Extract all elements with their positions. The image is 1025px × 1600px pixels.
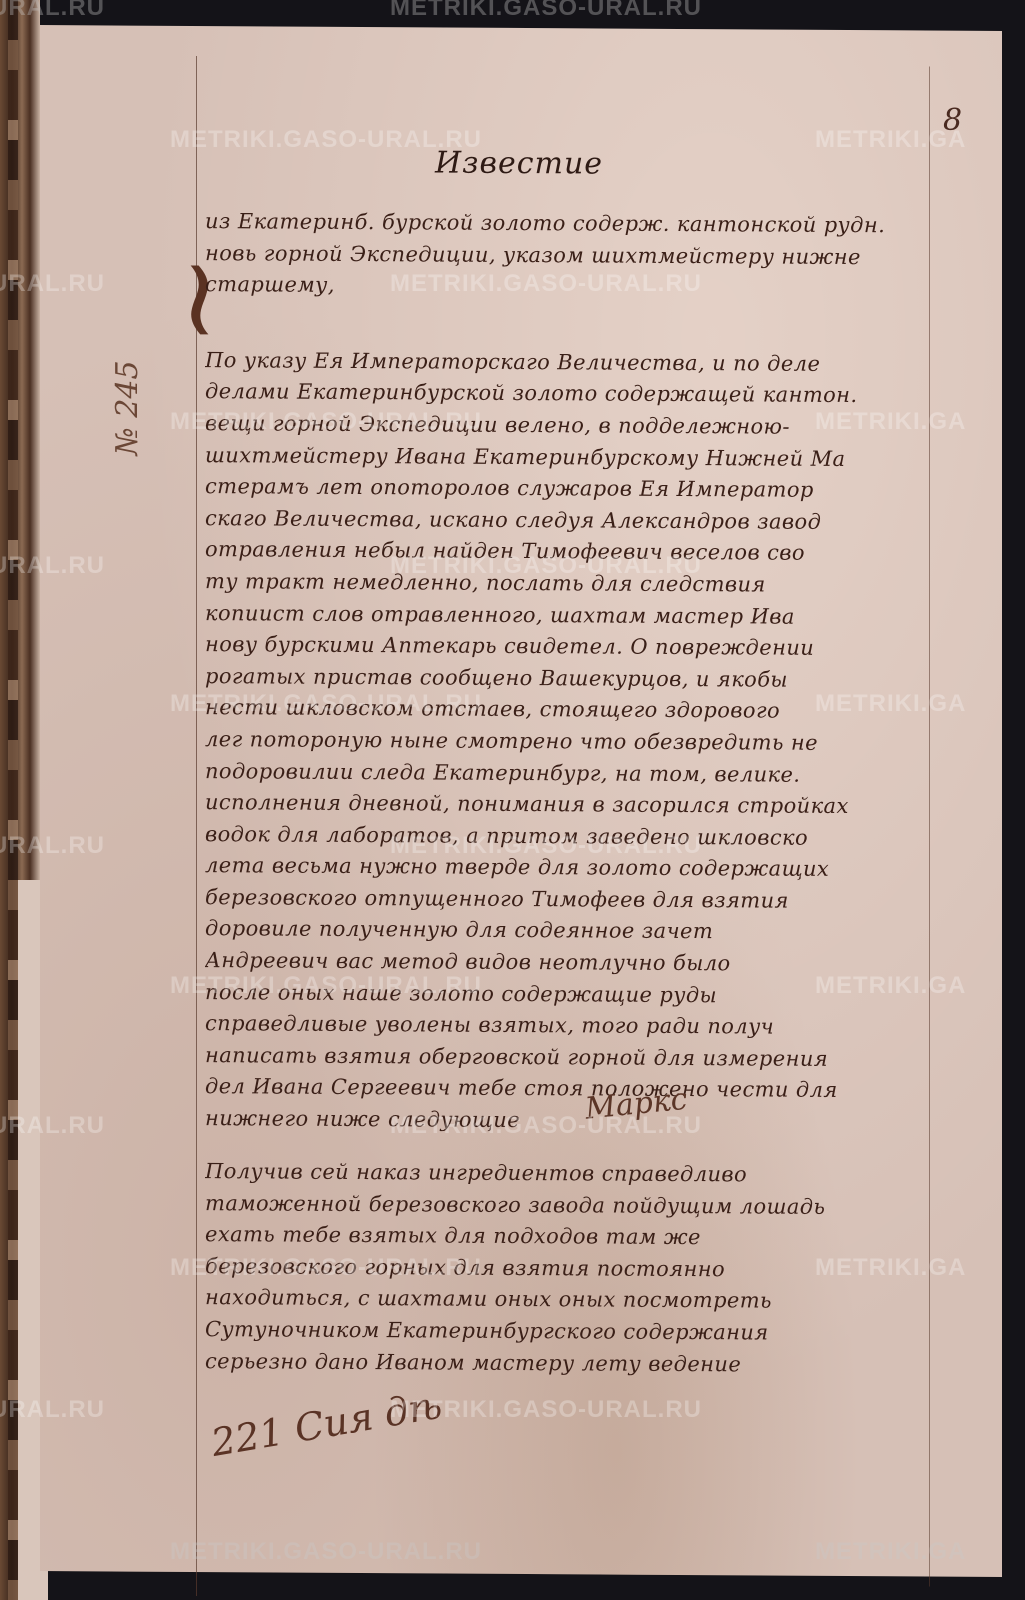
text-line: таможенной березовского завода пойдущим … — [205, 1188, 975, 1224]
watermark: METRIKI.GASO-URAL.RU — [170, 408, 482, 436]
watermark: METRIKI.GA — [815, 126, 966, 154]
text-line: справедливые уволены взятых, того ради п… — [205, 1008, 975, 1044]
watermark: METRIKI.GA — [815, 690, 966, 718]
watermark: URAL.RU — [0, 832, 105, 860]
watermark: METRIKI.GASO-URAL.RU — [390, 0, 702, 22]
watermark: URAL.RU — [0, 1112, 105, 1140]
watermark: METRIKI.GASO-URAL.RU — [170, 1254, 482, 1282]
watermark: METRIKI.GASO-URAL.RU — [390, 1112, 702, 1140]
text-line: исполнения дневной, понимания в засорилс… — [205, 787, 975, 823]
text-line: находиться, с шахтами оных оных посмотре… — [205, 1282, 975, 1318]
text-line: лег потороную ныне смотрено что обезвред… — [205, 724, 975, 760]
binding-strip — [8, 0, 18, 1600]
watermark: METRIKI.GASO-URAL.RU — [170, 1538, 482, 1566]
watermark: METRIKI.GASO-URAL.RU — [390, 1396, 702, 1424]
text-line: ехать тебе взятых для подходов там же — [205, 1219, 975, 1255]
text-line: По указу Ея Императорскаго Величества, и… — [205, 345, 975, 381]
watermark: METRIKI.GA — [815, 1538, 966, 1566]
watermark: METRIKI.GASO-URAL.RU — [170, 972, 482, 1000]
watermark: METRIKI.GA — [815, 408, 966, 436]
watermark: METRIKI.GASO-URAL.RU — [390, 270, 702, 298]
text-line: из Екатеринб. бурской золото содерж. кан… — [205, 206, 975, 242]
margin-annotation: № 245 — [110, 360, 145, 455]
text-line: Сутуночником Екатеринбургского содержани… — [205, 1314, 975, 1350]
text-line: написать взятия оберговской горной для и… — [205, 1040, 975, 1076]
watermark: METRIKI.GA — [815, 1254, 966, 1282]
watermark: METRIKI.GASO-URAL.RU — [390, 832, 702, 860]
text-line: шихтмейстеру Ивана Екатеринбурскому Нижн… — [205, 440, 975, 476]
text-line: березовского отпущенного Тимофеев для вз… — [205, 882, 975, 918]
text-line: Получив сей наказ ингредиентов справедли… — [205, 1156, 975, 1192]
text-line: стерамъ лет опоторолов служаров Ея Импер… — [205, 471, 975, 507]
paragraph-gap — [205, 301, 975, 350]
watermark: METRIKI.GASO-URAL.RU — [170, 690, 482, 718]
text-line: нову бурскими Аптекарь свидетел. О повре… — [205, 629, 975, 665]
watermark: METRIKI.GASO-URAL.RU — [170, 126, 482, 154]
text-line: скаго Величества, искано следуя Александ… — [205, 503, 975, 539]
text-line: серьезно дано Иваном мастеру лету ведени… — [205, 1346, 975, 1382]
text-line: доровиле полученную для содеянное зачет — [205, 914, 975, 950]
text-line: подоровилии следа Екатеринбург, на том, … — [205, 756, 975, 792]
text-line: копиист слов отравленного, шахтам мастер… — [205, 598, 975, 634]
watermark: METRIKI.GASO-URAL.RU — [390, 552, 702, 580]
watermark: URAL.RU — [0, 0, 105, 22]
watermark: URAL.RU — [0, 552, 105, 580]
watermark: URAL.RU — [0, 1396, 105, 1424]
watermark: METRIKI.GA — [815, 972, 966, 1000]
text-line: новь горной Экспедиции, указом шихтмейст… — [205, 238, 975, 274]
manuscript-page: 8 Известие ~ № 245 из Екатеринб. бурской… — [40, 25, 1002, 1577]
watermark: URAL.RU — [0, 270, 105, 298]
